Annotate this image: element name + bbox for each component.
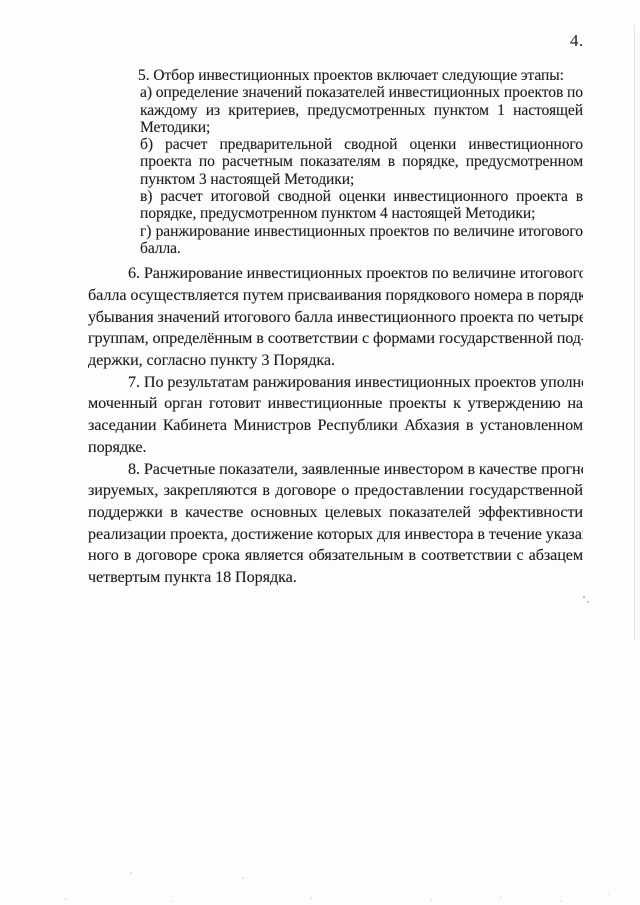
- scan-speck-artifact: [242, 877, 244, 879]
- scan-speck-artifact: [130, 872, 132, 874]
- scan-speck-artifact: [170, 900, 172, 902]
- text-line: 5. Отбор инвестиционных проектов включае…: [138, 67, 583, 84]
- text-line: балла осуществляется путем присваивания …: [88, 285, 583, 307]
- paragraph-item-7: 7. По результатам ранжирования инвестици…: [88, 372, 583, 459]
- text-line: 7. По результатам ранжирования инвестици…: [88, 372, 583, 394]
- text-line: балла.: [140, 240, 583, 257]
- paragraph-group-5: 5. Отбор инвестиционных проектов включае…: [88, 67, 583, 257]
- text-line: моченный орган готовит инвестиционные пр…: [88, 393, 583, 415]
- text-line: г) ранжирование инвестиционных проектов …: [140, 223, 583, 240]
- scan-speck-artifact: [500, 896, 502, 898]
- text-line: четвертым пункта 18 Порядка.: [88, 567, 583, 589]
- scan-speck-artifact: [608, 893, 610, 895]
- text-line: каждому из критериев, предусмотренных пу…: [140, 102, 583, 119]
- text-line: Методики;: [140, 119, 583, 136]
- text-line: ного в договоре срока является обязатель…: [88, 545, 583, 567]
- paragraph-item-5g: г) ранжирование инвестиционных проектов …: [140, 223, 583, 258]
- scan-speck-artifact: [310, 897, 312, 899]
- text-line: держки, согласно пункту 3 Порядка.: [88, 350, 583, 372]
- scan-speck-artifact: [65, 898, 67, 900]
- text-line: заседании Кабинета Министров Республики …: [88, 415, 583, 437]
- text-line: 6. Ранжирование инвестиционных проектов …: [88, 263, 583, 285]
- paragraph-item-5-intro: 5. Отбор инвестиционных проектов включае…: [138, 67, 583, 84]
- text-line: убывания значений итогового балла инвест…: [88, 307, 583, 329]
- text-line: поддержки в качестве основных целевых по…: [88, 502, 583, 524]
- scan-speck-artifact: [364, 31, 366, 33]
- page-number: 4.: [570, 31, 584, 51]
- scan-edge-artifact: [634, 25, 635, 640]
- scan-speck-artifact: [587, 601, 589, 603]
- paragraph-item-5v: в) расчет итоговой сводной оценки инвест…: [140, 188, 583, 223]
- scan-speck-artifact: [583, 596, 585, 598]
- scan-speck-artifact: [560, 900, 562, 902]
- text-line: реализации проекта, достижение которых д…: [88, 524, 583, 546]
- scanned-document-page: 4. 5. Отбор инвестиционных проектов вклю…: [0, 0, 640, 905]
- document-body: 5. Отбор инвестиционных проектов включае…: [88, 67, 583, 589]
- paragraph-item-5a: а) определение значений показателей инве…: [140, 84, 583, 136]
- paragraph-item-5b: б) расчет предварительной сводной оценки…: [140, 136, 583, 188]
- text-line: 8. Расчетные показатели, заявленные инве…: [88, 459, 583, 481]
- text-line: зируемых, закрепляются в договоре о пред…: [88, 480, 583, 502]
- text-line: группам, определённым в соответствии с ф…: [88, 328, 583, 350]
- text-line: в) расчет итоговой сводной оценки инвест…: [140, 188, 583, 205]
- text-line: порядке.: [88, 437, 583, 459]
- text-line: а) определение значений показателей инве…: [140, 84, 583, 101]
- text-line: б) расчет предварительной сводной оценки…: [140, 136, 583, 153]
- text-line: проекта по расчетным показателям в поряд…: [140, 153, 583, 170]
- text-line: пунктом 3 настоящей Методики;: [140, 171, 583, 188]
- scan-speck-artifact: [430, 899, 432, 901]
- paragraph-item-8: 8. Расчетные показатели, заявленные инве…: [88, 459, 583, 589]
- paragraph-item-6: 6. Ранжирование инвестиционных проектов …: [88, 263, 583, 372]
- text-line: порядке, предусмотренном пунктом 4 насто…: [140, 205, 583, 222]
